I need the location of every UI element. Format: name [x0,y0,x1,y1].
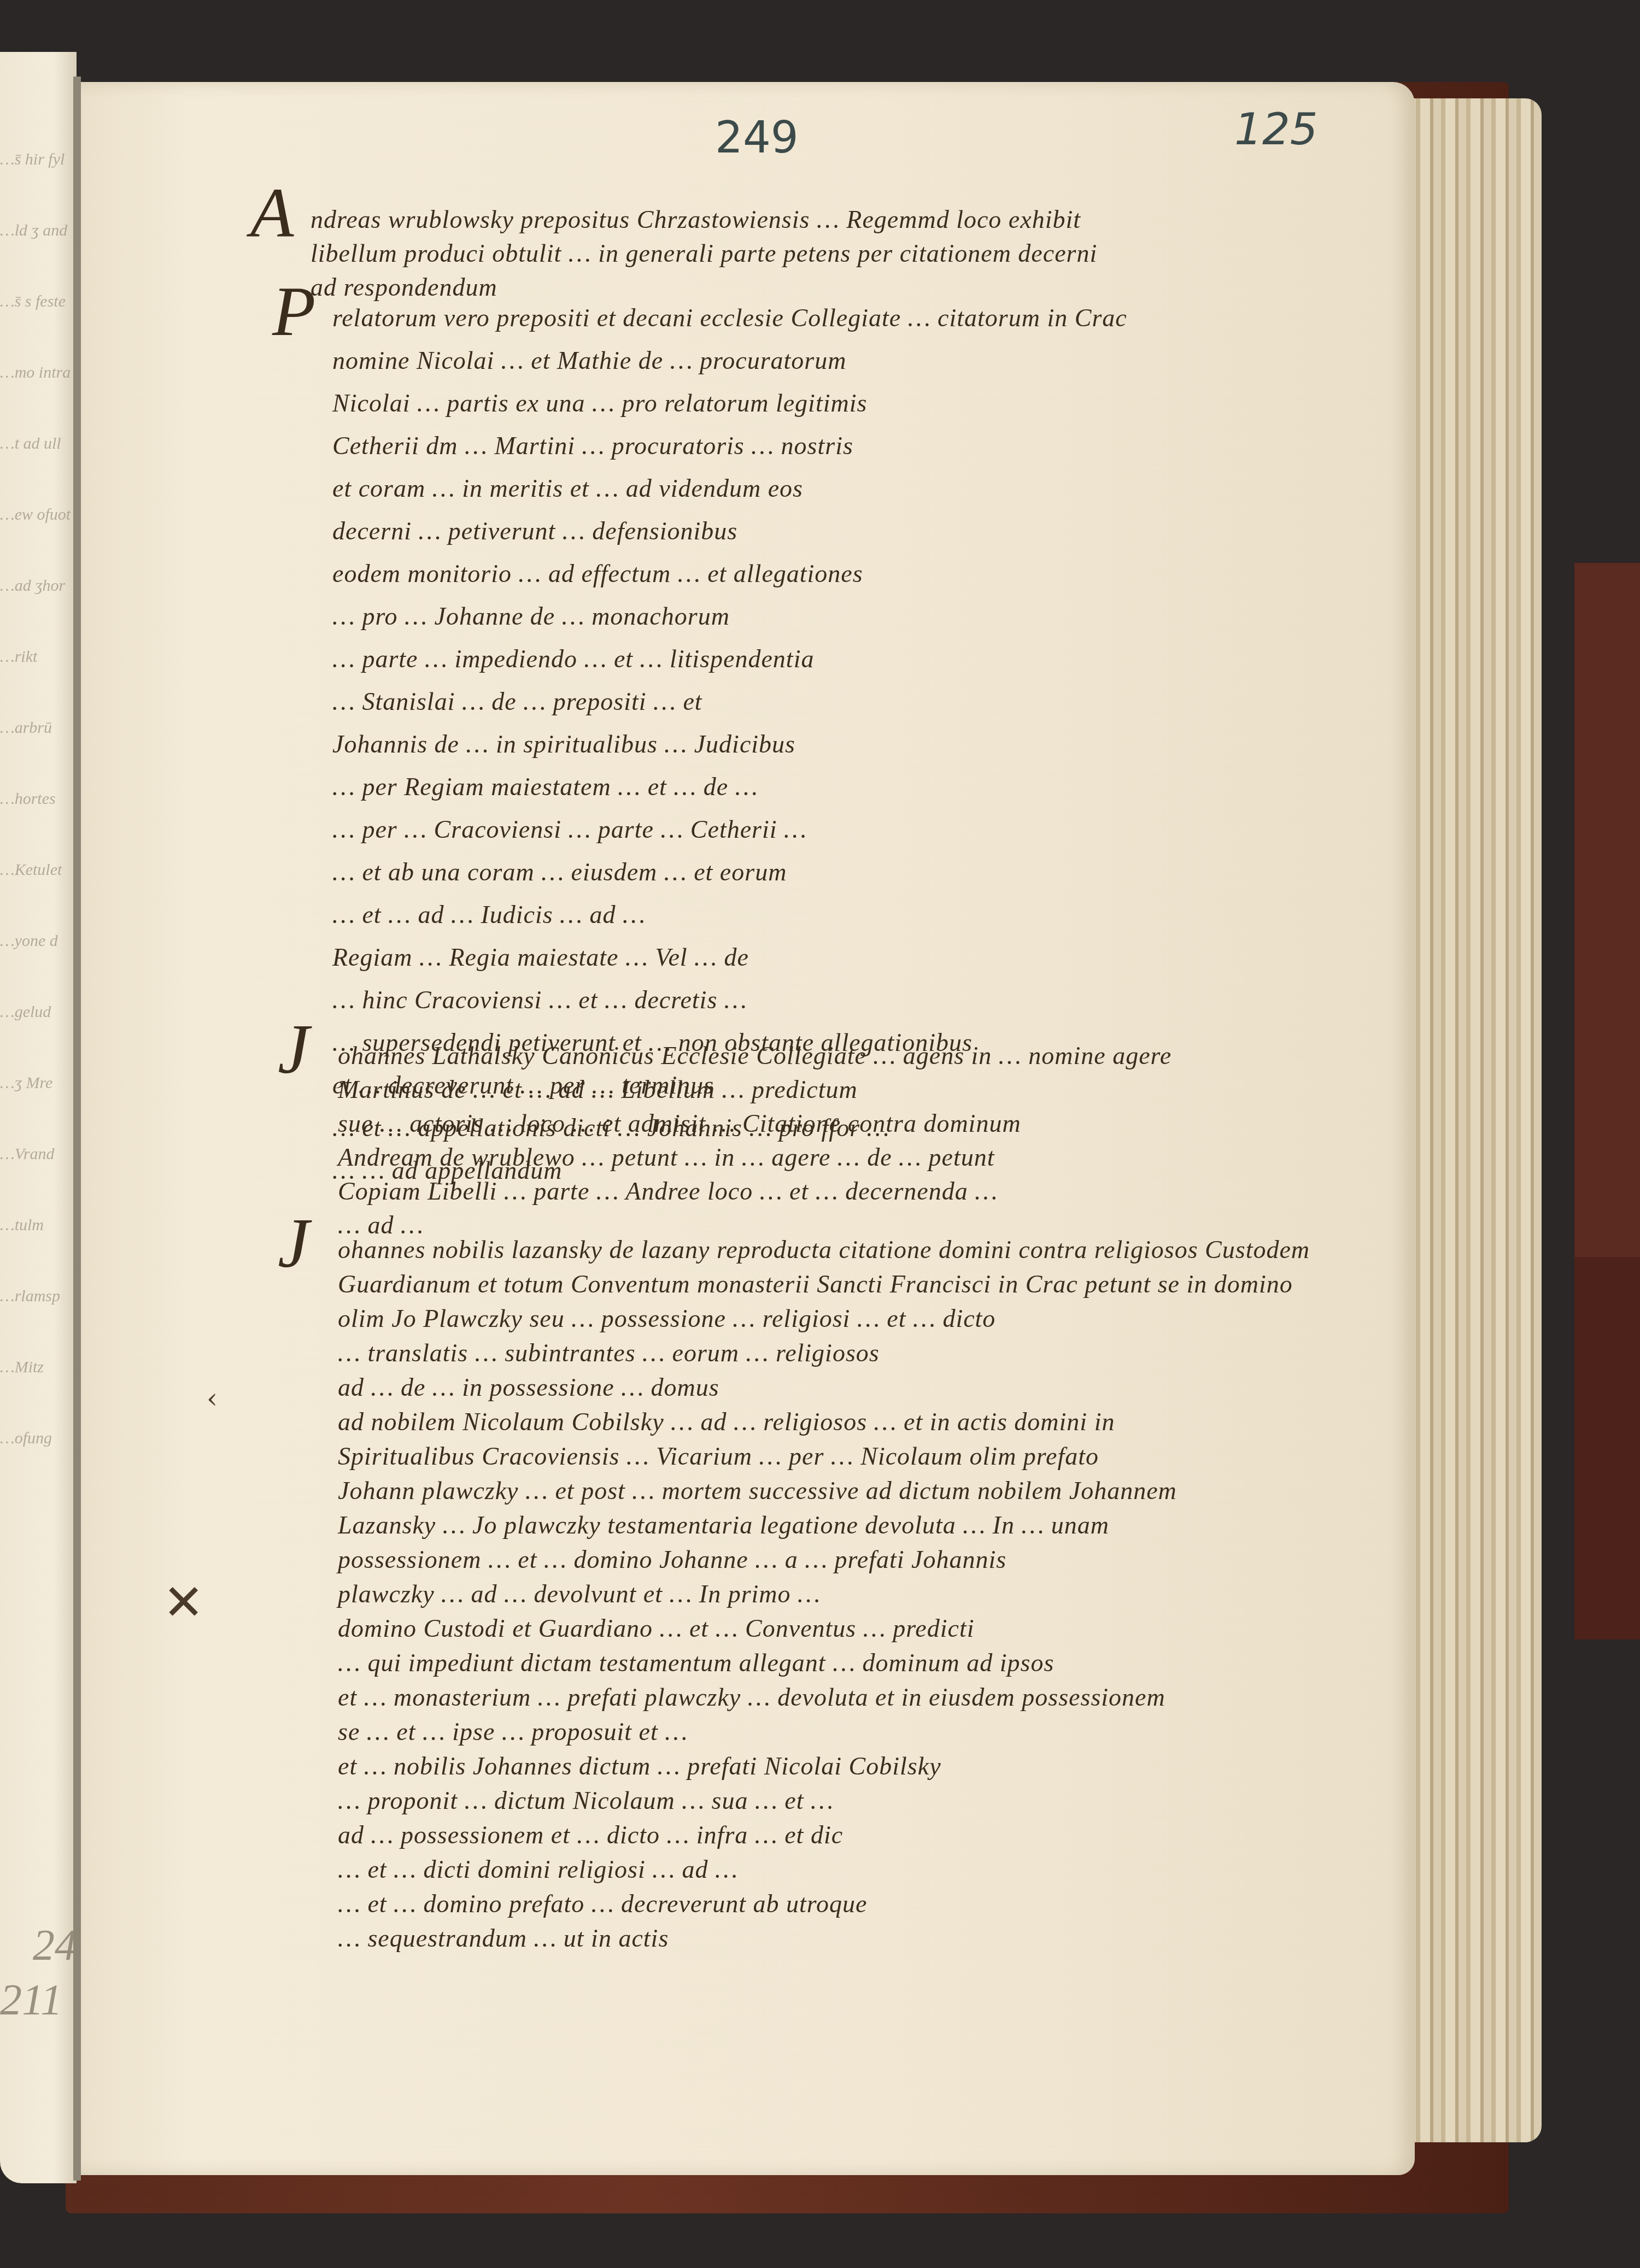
manuscript-line: Martinus de … et … ad … Libellum … predi… [338,1075,858,1104]
manuscript-line: … et … ad … Iudicis … ad … [332,900,646,929]
left-page: …s̄ hir fyl…ld ʒ and…s̄ s feste…mo intra… [0,52,77,2183]
manuscript-line: ad respondendum [311,273,497,302]
book-gutter [73,77,81,2181]
left-page-line: …mo intra [0,363,77,382]
manuscript-line: Guardianum et totum Conventum monasterii… [338,1270,1293,1298]
left-page-line: …ew ofuot [0,506,77,524]
left-page-line: …Mitz [0,1358,77,1377]
manuscript-line: ohannes Lathalsky Canonicus Ecclesie Col… [338,1041,1172,1070]
manuscript-line: libellum produci obtulit … in generali p… [311,239,1097,268]
left-page-line: …hortes [0,790,77,808]
manuscript-line: Andream de wrublewo … petunt … in … ager… [338,1143,995,1172]
manuscript-line: Copiam Libelli … parte … Andree loco … e… [338,1177,998,1206]
left-page-line: …t ad ull [0,434,77,453]
left-page-line: …Vrand [0,1145,77,1164]
manuscript-line: … qui impediunt dictam testamentum alleg… [338,1648,1054,1677]
manuscript-line: Johannis de … in spiritualibus … Judicib… [332,730,795,759]
manuscript-line: ad … possessionem et … dicto … infra … e… [338,1820,843,1849]
manuscript-line: possessionem … et … domino Johanne … a …… [338,1545,1006,1574]
left-page-line: …ld ʒ and [0,221,77,240]
manuscript-line: Spiritualibus Cracoviensis … Vicarium … … [338,1442,1099,1471]
manuscript-line: ad … de … in possessione … domus [338,1373,719,1402]
paragraph-initial: A [250,172,294,254]
cross-mark-icon: ✕ [163,1574,204,1631]
left-page-line: …rikt [0,648,77,666]
left-page-line: …ʒ Mre [0,1074,77,1092]
manuscript-line: Johann plawczky … et post … mortem succe… [338,1476,1177,1505]
manuscript-line: plawczky … ad … devolvunt et … In primo … [338,1579,821,1608]
left-page-line: …Ketulet [0,861,77,879]
manuscript-line: ad nobilem Nicolaum Cobilsky … ad … reli… [338,1407,1115,1436]
manuscript-line: ndreas wrublowsky prepositus Chrzastowie… [311,205,1081,234]
left-page-line: …rlamsp [0,1287,77,1306]
cover-strap-lower [1574,1257,1640,1640]
manuscript-page: 249 125 Andreas wrublowsky prepositus Ch… [81,82,1415,2175]
left-page-line: …ofung [0,1429,77,1448]
manuscript-line: Cetherii dm … Martini … procuratoris … n… [332,431,853,460]
left-page-number: 211 [0,1976,77,2025]
manuscript-line: Nicolai … partis ex una … pro relatorum … [332,389,867,418]
folio-old-number: 249 [715,112,799,163]
manuscript-line: … et … dicti domini religiosi … ad … [338,1855,738,1884]
manuscript-line: … per Regiam maiestatem … et … de … [332,772,758,801]
manuscript-line: eodem monitorio … ad effectum … et alleg… [332,559,863,588]
manuscript-line: … et ab una coram … eiusdem … et eorum [332,857,787,886]
manuscript-line: … sequestrandum … ut in actis [338,1924,669,1953]
manuscript-line: … proponit … dictum Nicolaum … sua … et … [338,1786,834,1815]
left-page-line: …yone d [0,932,77,950]
manuscript-line: et coram … in meritis et … ad videndum e… [332,474,803,503]
left-page-line: …ad ʒhor [0,577,77,595]
left-page-line: …gelud [0,1003,77,1021]
manuscript-line: olim Jo Plawczky seu … possessione … rel… [338,1304,995,1333]
left-page-line: …s̄ hir fyl [0,150,77,169]
manuscript-line: et … nobilis Johannes dictum … prefati N… [338,1752,941,1781]
manuscript-line: et … monasterium … prefati plawczky … de… [338,1683,1165,1712]
manuscript-line: Regiam … Regia maiestate … Vel … de [332,943,749,972]
manuscript-line: relatorum vero prepositi et decani eccle… [332,303,1127,332]
left-page-line: …s̄ s feste [0,292,77,311]
manuscript-line: … et … domino prefato … decreverunt ab u… [338,1889,867,1918]
manuscript-line: domino Custodi et Guardiano … et … Conve… [338,1614,975,1643]
manuscript-line: … parte … impediendo … et … litispendent… [332,644,814,673]
manuscript-line: decerni … petiverunt … defensionibus [332,516,737,545]
manuscript-line: … Stanislai … de … prepositi … et [332,687,702,716]
manuscript-line: nomine Nicolai … et Mathie de … procurat… [332,346,846,375]
manuscript-line: … pro … Johanne de … monachorum [332,602,730,631]
left-page-number: 24 [33,1921,77,1971]
manuscript-line: … per … Cracoviensi … parte … Cetherii … [332,815,807,844]
manuscript-line: Lazansky … Jo plawczky testamentaria leg… [338,1511,1109,1540]
folio-new-number: 125 [1234,104,1318,155]
paragraph-initial: J [278,1008,309,1090]
manuscript-line: sue … actoris … loco … et admisit … Cita… [338,1109,1021,1138]
paragraph-initial: J [278,1202,309,1284]
manuscript-line: … translatis … subintrantes … eorum … re… [338,1338,880,1367]
manuscript-line: se … et … ipse … proposuit et … [338,1717,688,1746]
left-page-line: …tulm [0,1216,77,1235]
paragraph-initial: P [272,271,315,352]
cover-strap [1574,563,1640,1301]
margin-tick-icon: ‹ [207,1383,218,1414]
manuscript-line: … hinc Cracoviensi … et … decretis … [332,985,747,1014]
manuscript-line: ohannes nobilis lazansky de lazany repro… [338,1235,1310,1264]
left-page-line: …arbrū [0,719,77,737]
